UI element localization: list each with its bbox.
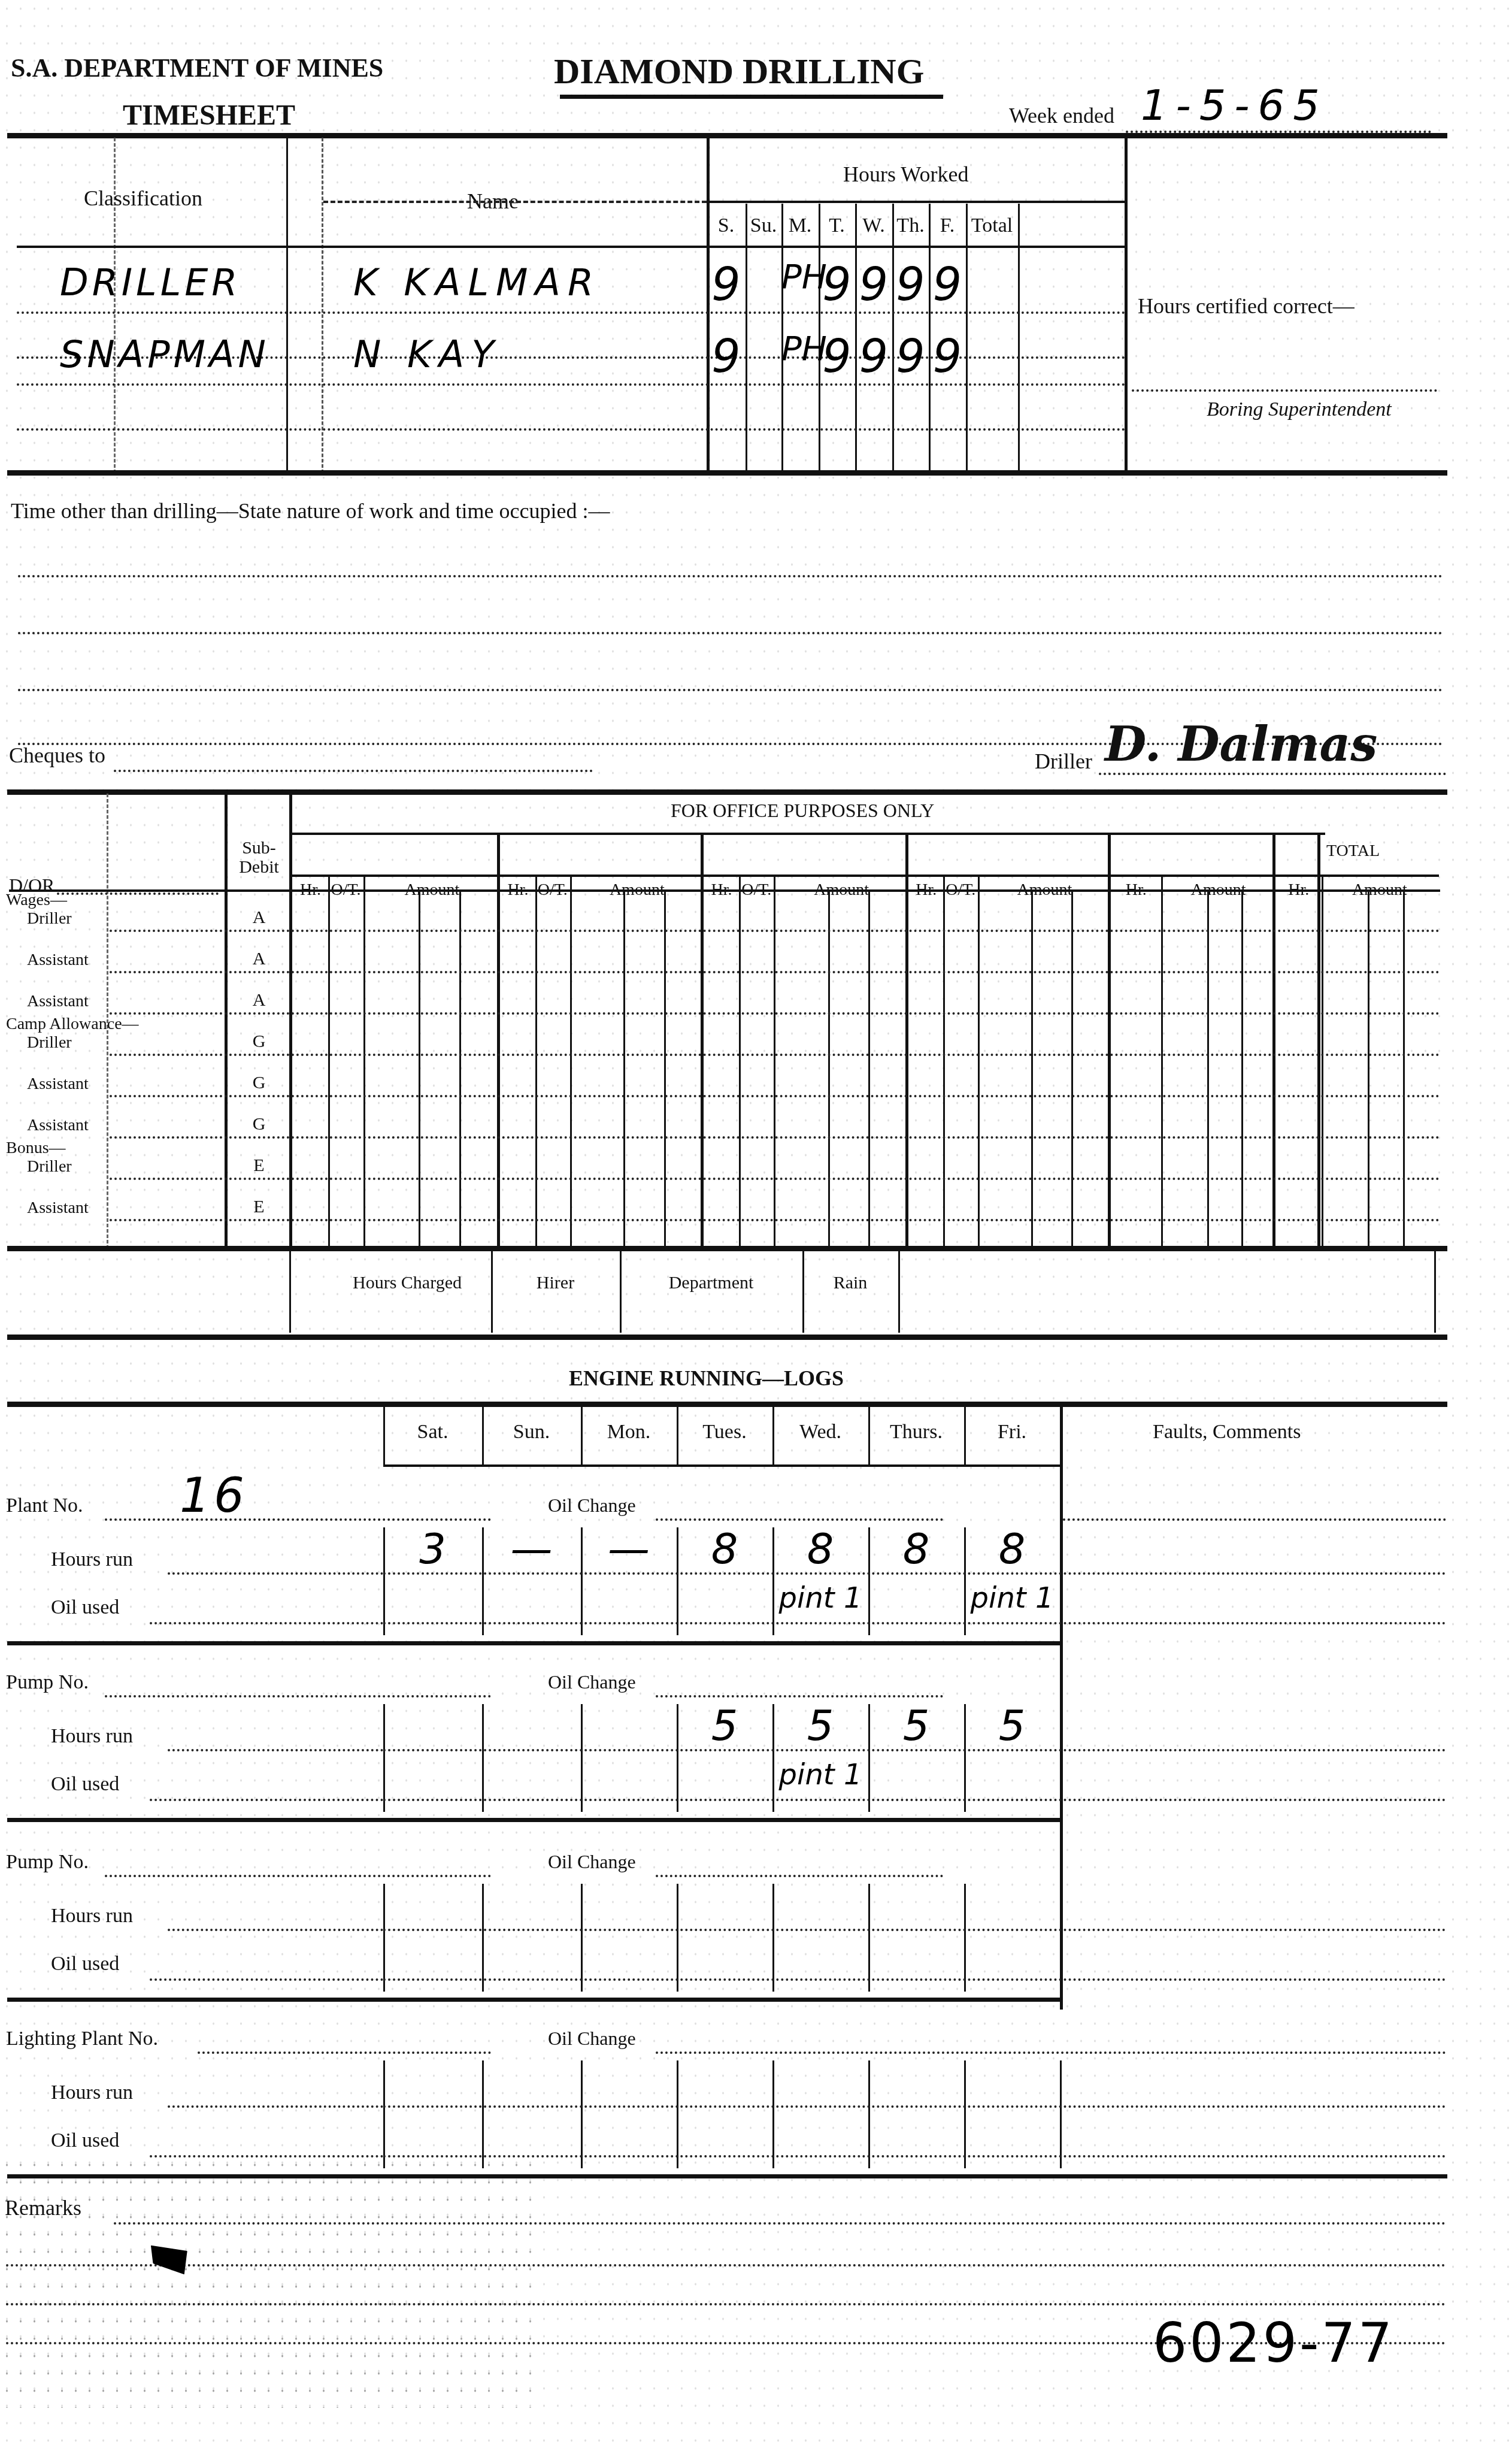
scan-noise xyxy=(0,0,1512,2448)
